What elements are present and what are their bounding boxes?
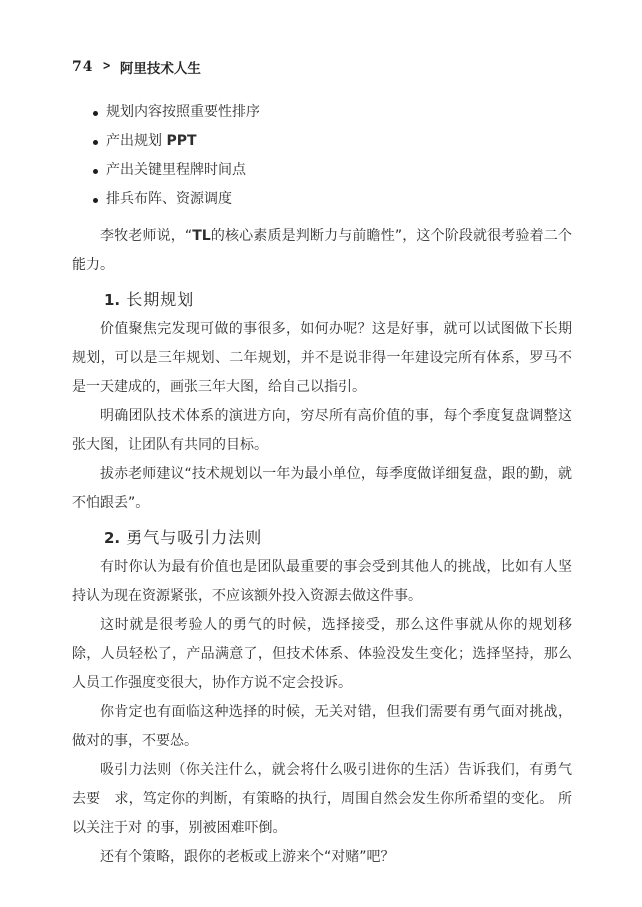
paragraph: 价值聚焦完发现可做的事很多，如何办呢？这是好事，就可以试图做下长期规划，可以是三… (72, 315, 572, 402)
section-1-number: 1. (104, 291, 120, 309)
bullet-dot-icon (93, 111, 98, 116)
list-item: 产出规划 PPT (93, 127, 572, 156)
paragraph: 有时你认为最有价值也是团队最重要的事会受到其他人的挑战，比如有人坚持认为现在资源… (72, 553, 572, 611)
intro-bold-term: TL (192, 228, 210, 244)
bullet-bold-text: PPT (166, 133, 196, 149)
list-item: 规划内容按照重要性排序 (93, 98, 572, 127)
bullet-dot-icon (93, 198, 98, 203)
section-1-title: 长期规划 (126, 290, 194, 309)
bullet-text: 排兵布阵、资源调度 (106, 191, 232, 207)
paragraph: 你肯定也有面临这种选择的时候，无关对错，但我们需要有勇气面对挑战，做对的事，不要… (72, 698, 572, 756)
book-title: 阿里技术人生 (120, 57, 201, 77)
section-2-title: 勇气与吸引力法则 (126, 528, 262, 547)
chevron-separator-icon: > (102, 61, 110, 74)
list-item: 排兵布阵、资源调度 (93, 185, 572, 214)
bullet-list: 规划内容按照重要性排序 产出规划 PPT 产出关键里程牌时间点 排兵布阵、资源调… (72, 98, 572, 214)
bullet-dot-icon (93, 140, 98, 145)
book-page: 74 > 阿里技术人生 规划内容按照重要性排序 产出规划 PPT 产出关键里程牌… (0, 0, 642, 907)
intro-text-before: 李牧老师说，“ (100, 228, 192, 244)
section-2-number: 2. (104, 529, 120, 547)
running-header: 74 > 阿里技术人生 (72, 58, 572, 76)
paragraph: 明确团队技术体系的演进方向，穷尽所有高价值的事，每个季度复盘调整这张大图，让团队… (72, 402, 572, 460)
page-number: 74 (72, 59, 93, 75)
paragraph: 吸引力法则（你关注什么，就会将什么吸引进你的生活）告诉我们，有勇气去要 求，笃定… (72, 756, 572, 843)
bullet-text: 产出关键里程牌时间点 (106, 162, 246, 178)
bullet-dot-icon (93, 169, 98, 174)
paragraph: 这时就是很考验人的勇气的时候，选择接受，那么这件事就从你的规划移除，人员轻松了，… (72, 611, 572, 698)
list-item: 产出关键里程牌时间点 (93, 156, 572, 185)
section-2-heading: 2. 勇气与吸引力法则 (72, 527, 572, 549)
paragraph: 拔赤老师建议“技术规划以一年为最小单位，每季度做详细复盘，跟的勤，就不怕跟丢”。 (72, 460, 572, 518)
section-1-heading: 1. 长期规划 (72, 289, 572, 311)
bullet-text: 规划内容按照重要性排序 (106, 104, 260, 120)
paragraph: 还有个策略，跟你的老板或上游来个“对赌”吧？ (72, 843, 572, 872)
intro-paragraph: 李牧老师说，“TL的核心素质是判断力与前瞻性”，这个阶段就很考验着二个能力。 (72, 222, 572, 280)
bullet-text: 产出规划 (106, 133, 166, 149)
